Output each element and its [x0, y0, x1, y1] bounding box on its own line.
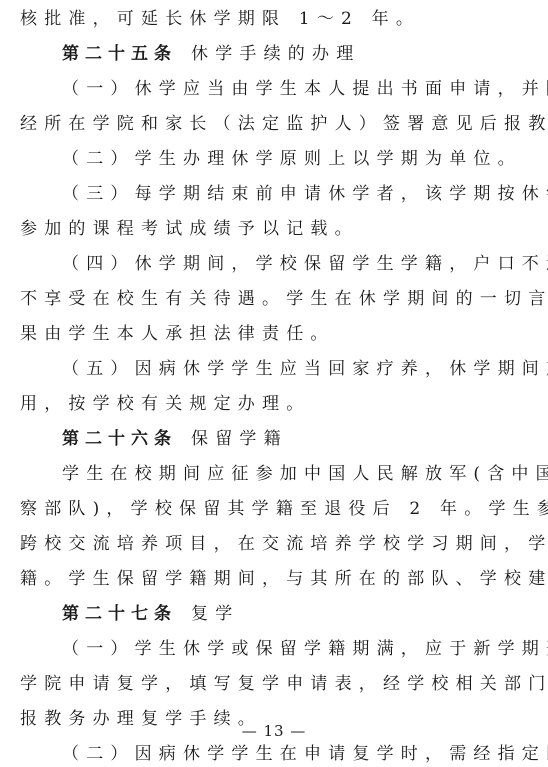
- text-line: （一）休学应当由学生本人提出书面申请，并附有关证明，: [20, 72, 520, 107]
- text-line: （三）每学期结束前申请休学者，该学期按休学处理，但已: [20, 177, 520, 212]
- text-line: 果由学生本人承担法律责任。: [20, 317, 520, 352]
- article-number: 第二十五条: [62, 44, 177, 64]
- article-title: 保留学籍: [191, 429, 288, 449]
- article-number: 第二十七条: [62, 604, 177, 624]
- text-line: 核批准，可延长休学期限 1～2 年。: [20, 2, 520, 37]
- article-title: 休学手续的办理: [191, 44, 360, 64]
- text-line: 学生在校期间应征参加中国人民解放军(含中国人民武装警: [20, 457, 520, 492]
- document-page: 核批准，可延长休学期限 1～2 年。 第二十五条休学手续的办理 （一）休学应当由…: [20, 2, 520, 767]
- text-line: 察部队)，学校保留其学籍至退役后 2 年。学生参加学校组织的: [20, 492, 520, 527]
- text-line: （一）学生休学或保留学籍期满，应于新学期开学前向所在: [20, 632, 520, 667]
- article-number: 第二十六条: [62, 429, 177, 449]
- text-line: （四）休学期间，学校保留学生学籍，户口不迁出学校，但: [20, 247, 520, 282]
- text-line: 跨校交流培养项目，在交流培养学校学习期间，学校为其保留学: [20, 527, 520, 562]
- text-line: 籍。学生保留学籍期间，与其所在的部队、学校建立管理关系。: [20, 562, 520, 597]
- text-line: 学院申请复学，填写复学申请表，经学校相关部门复查合格后，: [20, 667, 520, 702]
- text-line: 不享受在校生有关待遇。学生在休学期间的一切言行及造成的后: [20, 282, 520, 317]
- text-line: 经所在学院和家长（法定监护人）签署意见后报教务处审批。: [20, 107, 520, 142]
- text-line: （二）因病休学学生在申请复学时，需经指定医院诊断证明: [20, 737, 520, 767]
- article-heading-26: 第二十六条保留学籍: [20, 422, 520, 457]
- article-heading-27: 第二十七条复学: [20, 597, 520, 632]
- text-line: （五）因病休学学生应当回家疗养，休学期间产生的医疗费: [20, 352, 520, 387]
- text-line: 参加的课程考试成绩予以记载。: [20, 212, 520, 247]
- article-heading-25: 第二十五条休学手续的办理: [20, 37, 520, 72]
- text-line: （二）学生办理休学原则上以学期为单位。: [20, 142, 520, 177]
- page-number: — 13 —: [0, 722, 548, 740]
- text-line: 用，按学校有关规定办理。: [20, 387, 520, 422]
- article-title: 复学: [191, 604, 239, 624]
